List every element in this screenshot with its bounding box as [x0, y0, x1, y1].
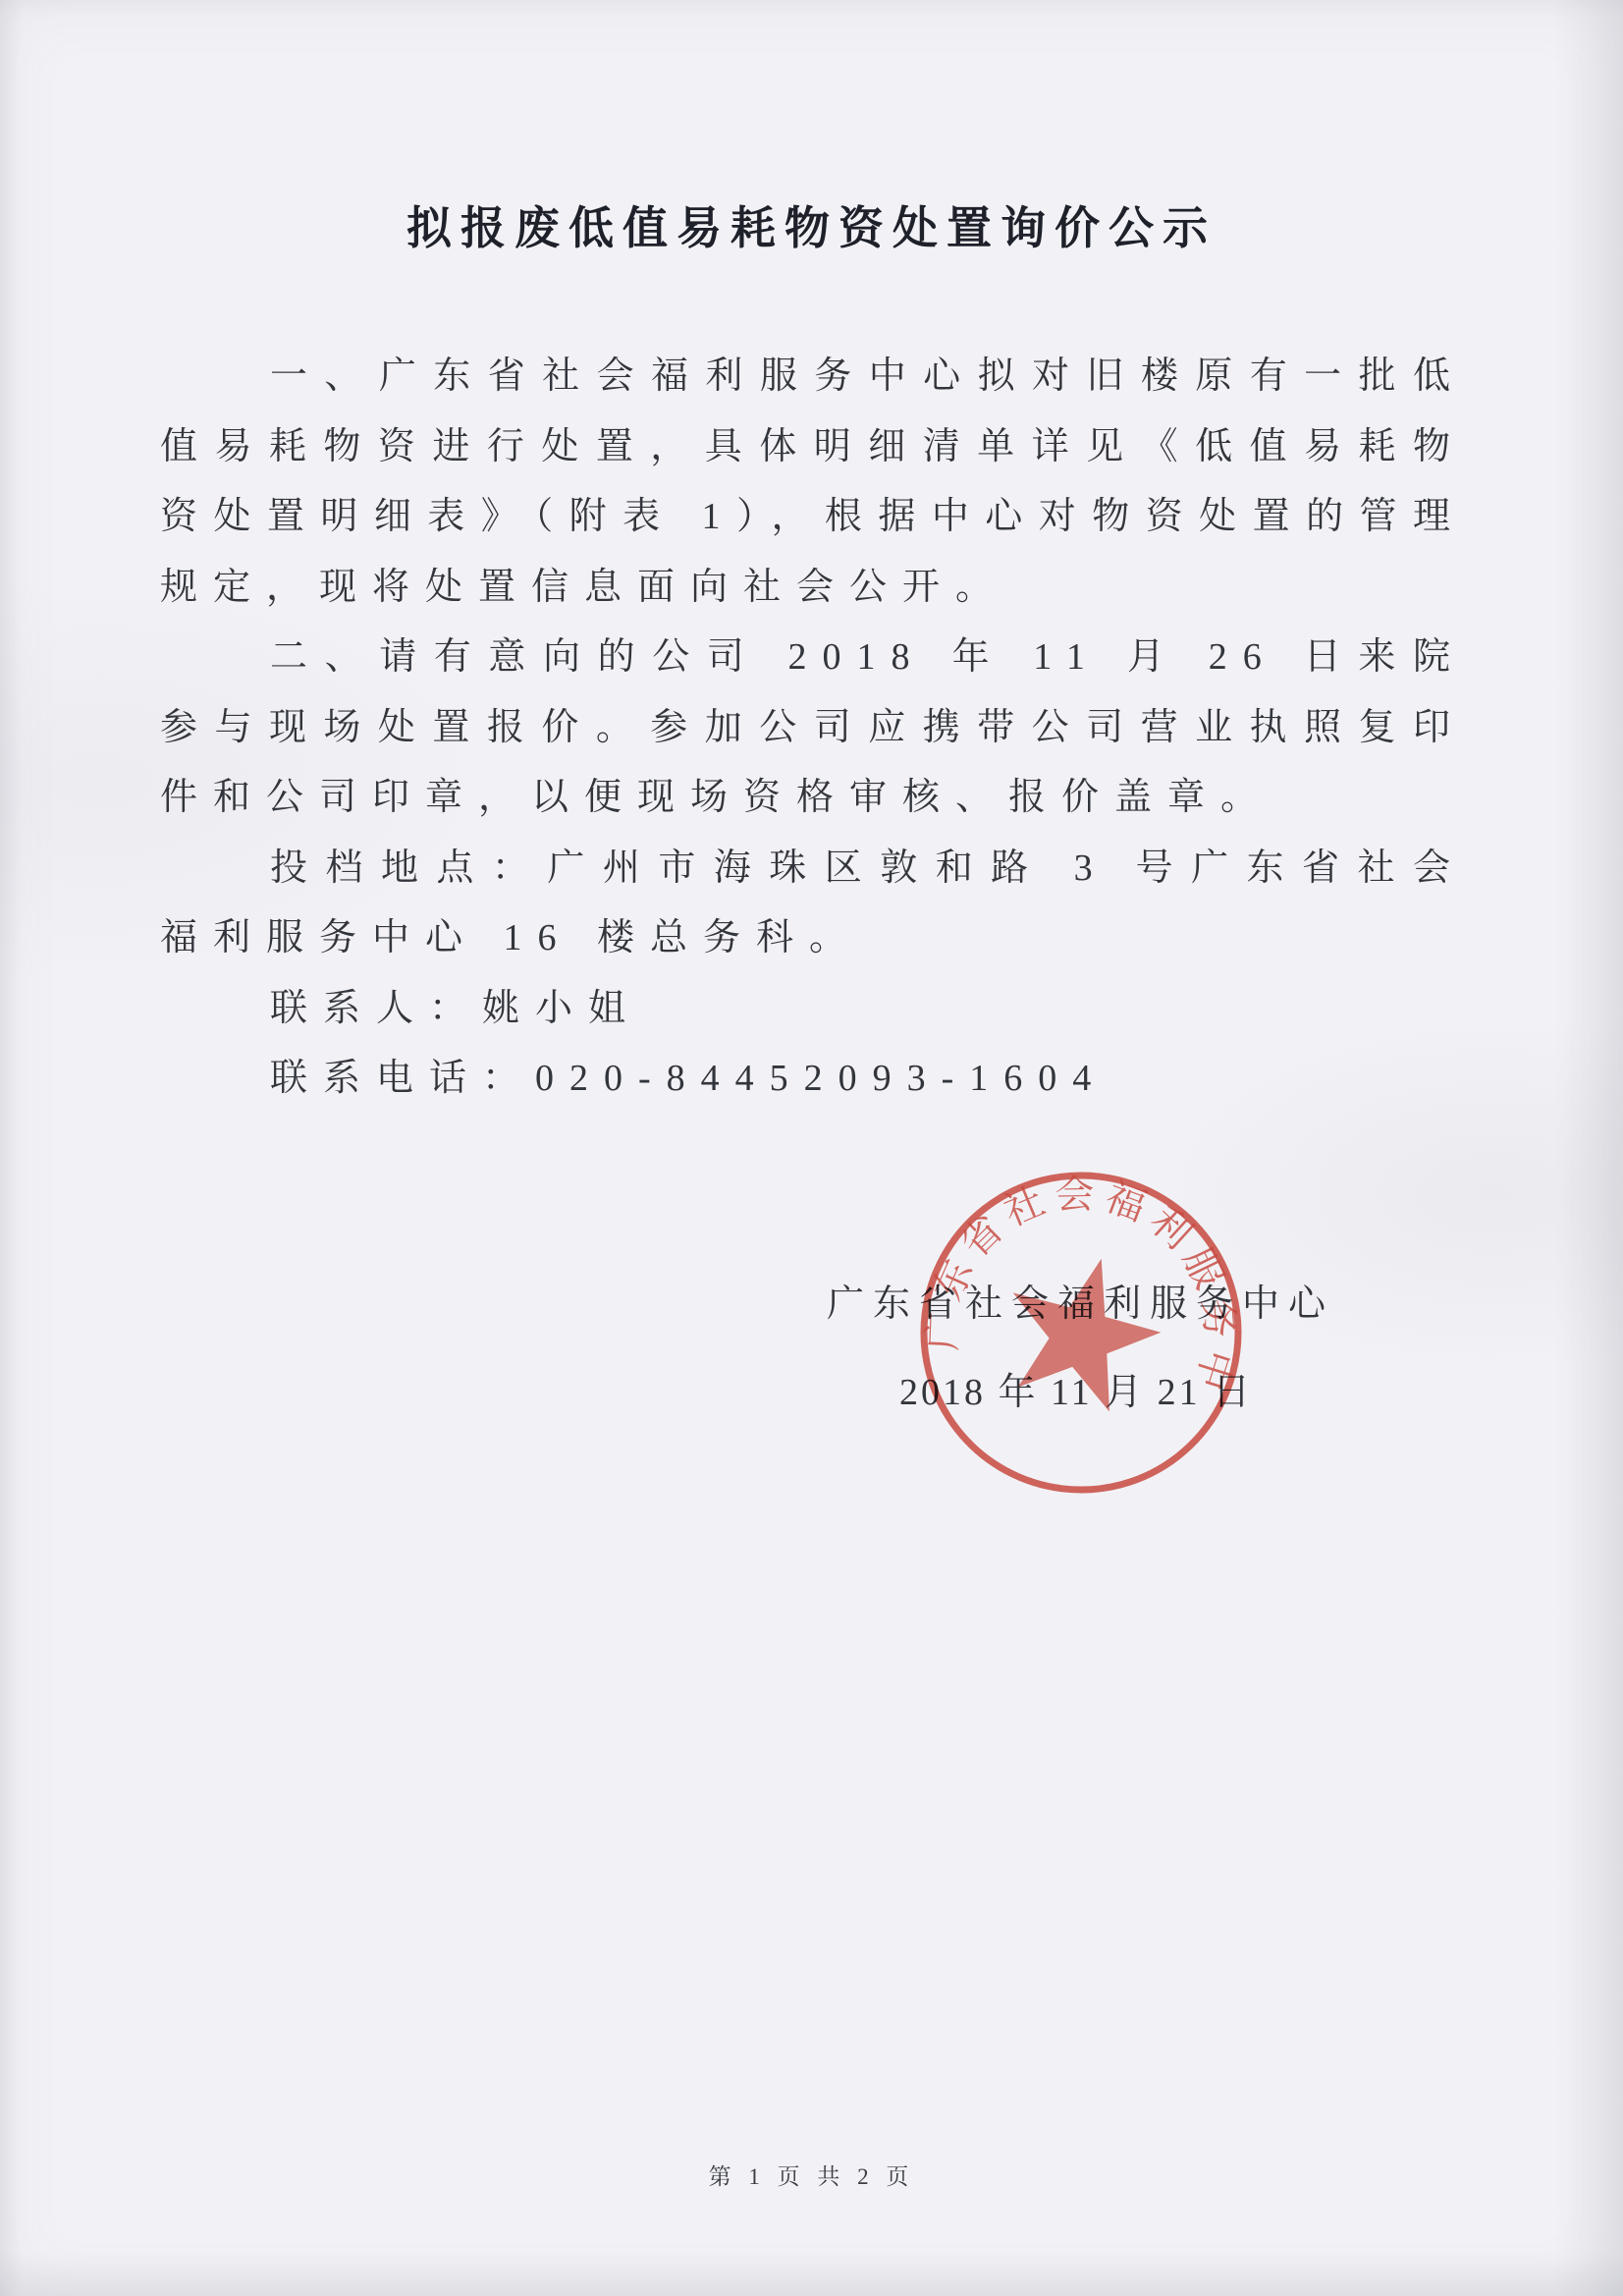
star-icon: [990, 1239, 1175, 1420]
page-title: 拟报废低值易耗物资处置询价公示: [0, 198, 1623, 259]
seal-artwork: 广东省社会福利服务中心: [911, 1160, 1251, 1505]
document-body: 一、广东省社会福利服务中心拟对旧楼原有一批低值易耗物资进行处置，具体明细清单详见…: [160, 342, 1466, 1115]
paragraph-2: 二、请有意向的公司 2018 年 11 月 26 日来院参与现场处置报价。参加公…: [160, 623, 1466, 834]
paragraph-contact-person: 联系人：姚小姐: [160, 974, 1466, 1045]
paragraph-contact-phone: 联系电话：020-84452093-1604: [160, 1044, 1466, 1115]
scanned-document-page: 拟报废低值易耗物资处置询价公示 一、广东省社会福利服务中心拟对旧楼原有一批低值易…: [0, 0, 1623, 2296]
official-seal: 广东省社会福利服务中心: [911, 1160, 1251, 1505]
paragraph-address: 投档地点：广州市海珠区敦和路 3 号广东省社会福利服务中心 16 楼总务科。: [160, 834, 1466, 974]
paragraph-1: 一、广东省社会福利服务中心拟对旧楼原有一批低值易耗物资进行处置，具体明细清单详见…: [160, 342, 1466, 623]
page-number: 第 1 页 共 2 页: [0, 2159, 1623, 2191]
